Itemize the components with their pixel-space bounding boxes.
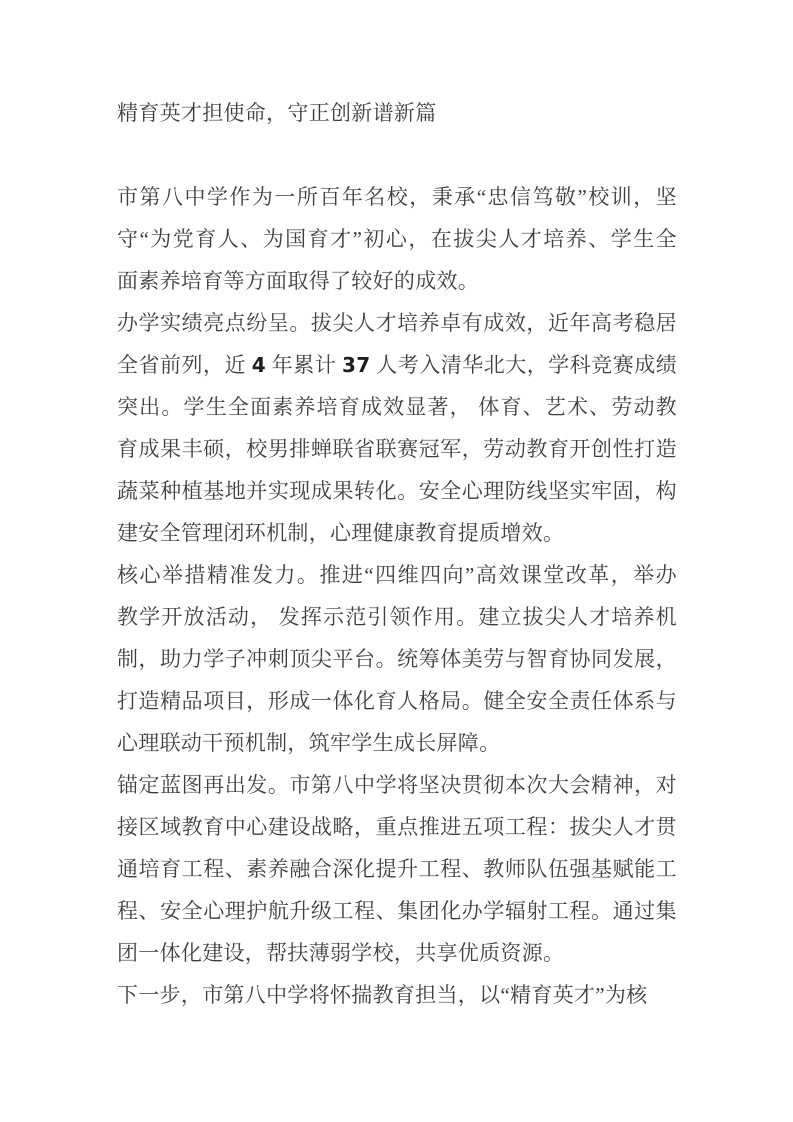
text-line: 团一体化建设，帮扶薄弱学校，共享优质资源。 [117, 932, 677, 974]
text-line: 办学实绩亮点纷呈。拔尖人才培养卓有成效，近年高考稳居 [117, 302, 677, 344]
text-line: 蔬菜种植基地并实现成果转化。安全心理防线坚实牢固，构 [117, 470, 677, 512]
paragraph: 核心举措精准发力。推进“四维四向”高效课堂改革，举办教学开放活动， 发挥示范引领… [117, 554, 677, 764]
paragraph: 下一步，市第八中学将怀揣教育担当，以“精育英才”为核 [117, 974, 677, 1016]
document-page: 精育英才担使命，守正创新谱新篇 市第八中学作为一所百年名校，秉承“忠信笃敬”校训… [0, 0, 793, 1122]
text-line: 核心举措精准发力。推进“四维四向”高效课堂改革，举办 [117, 554, 677, 596]
text-line: 打造精品项目，形成一体化育人格局。健全安全责任体系与 [117, 680, 677, 722]
paragraph: 市第八中学作为一所百年名校，秉承“忠信笃敬”校训，坚守“为党育人、为国育才”初心… [117, 176, 677, 302]
text-line: 突出。学生全面素养培育成效显著， 体育、艺术、劳动教 [117, 386, 677, 428]
blank-line [117, 134, 677, 176]
text-line: 下一步，市第八中学将怀揣教育担当，以“精育英才”为核 [117, 974, 677, 1016]
text-line: 教学开放活动， 发挥示范引领作用。建立拔尖人才培养机 [117, 596, 677, 638]
text-line: 接区域教育中心建设战略，重点推进五项工程：拔尖人才贯 [117, 806, 677, 848]
text-line: 程、安全心理护航升级工程、集团化办学辐射工程。通过集 [117, 890, 677, 932]
text-line: 制，助力学子冲刺顶尖平台。统筹体美劳与智育协同发展， [117, 638, 677, 680]
text-line: 通培育工程、素养融合深化提升工程、教师队伍强基赋能工 [117, 848, 677, 890]
text-line: 育成果丰硕，校男排蝉联省联赛冠军，劳动教育开创性打造 [117, 428, 677, 470]
text-line: 市第八中学作为一所百年名校，秉承“忠信笃敬”校训，坚 [117, 176, 677, 218]
numeral: 37 [342, 353, 370, 377]
text-line: 全省前列，近 4 年累计 37 人考入清华北大，学科竞赛成绩 [117, 344, 677, 386]
paragraph: 办学实绩亮点纷呈。拔尖人才培养卓有成效，近年高考稳居全省前列，近 4 年累计 3… [117, 302, 677, 554]
text-line: 面素养培育等方面取得了较好的成效。 [117, 260, 677, 302]
paragraph: 锚定蓝图再出发。市第八中学将坚决贯彻本次大会精神，对接区域教育中心建设战略，重点… [117, 764, 677, 974]
document-content: 精育英才担使命，守正创新谱新篇 市第八中学作为一所百年名校，秉承“忠信笃敬”校训… [117, 92, 677, 1016]
text-line: 锚定蓝图再出发。市第八中学将坚决贯彻本次大会精神，对 [117, 764, 677, 806]
text-line: 心理联动干预机制，筑牢学生成长屏障。 [117, 722, 677, 764]
text-line: 建安全管理闭环机制，心理健康教育提质增效。 [117, 512, 677, 554]
numeral: 4 [252, 353, 266, 377]
document-body: 市第八中学作为一所百年名校，秉承“忠信笃敬”校训，坚守“为党育人、为国育才”初心… [117, 176, 677, 1016]
text-line: 守“为党育人、为国育才”初心，在拔尖人才培养、学生全 [117, 218, 677, 260]
document-title: 精育英才担使命，守正创新谱新篇 [117, 92, 677, 134]
